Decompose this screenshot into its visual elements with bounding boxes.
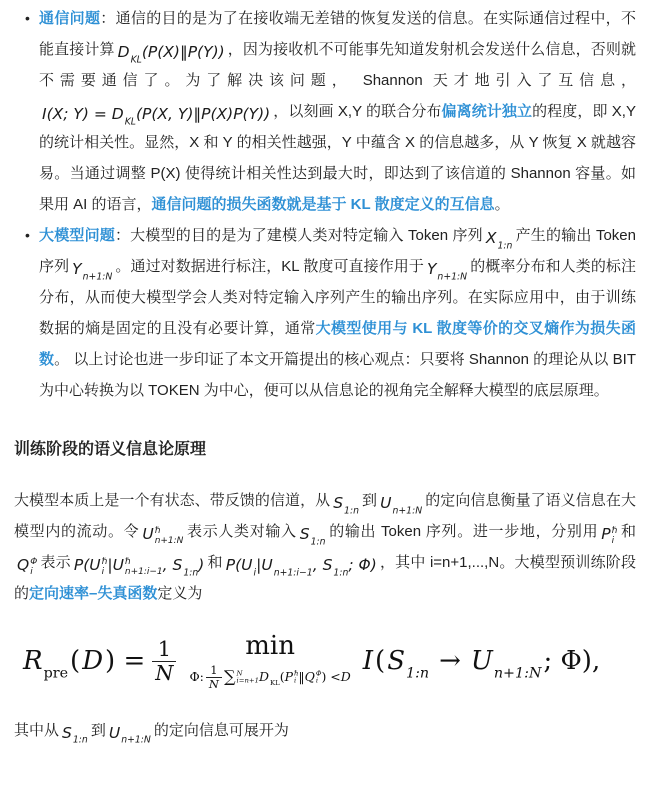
script-stack: ℏn+1:N xyxy=(155,526,184,546)
inline-math: Pℏi xyxy=(601,525,617,545)
math-token: (P(X, Y)‖P(X)P(Y)) xyxy=(136,106,270,124)
display-formula-rate-distortion: Rpre(D) =1NminΦ:1N∑Ni=n+1DKL(Pℏi‖QΦi) <D… xyxy=(22,633,650,691)
math-token: Un+1:N xyxy=(380,495,422,513)
inline-math: Un+1:N xyxy=(380,495,422,513)
inline-math: Yn+1:N xyxy=(72,261,112,279)
subscript: n+1:i−1 xyxy=(274,568,313,577)
subscript: KL xyxy=(125,117,136,126)
math-token: ) = xyxy=(105,647,145,677)
bullet-marker: • xyxy=(25,220,39,251)
text-run: 到 xyxy=(91,722,106,739)
subscript: 1:n xyxy=(73,736,88,745)
text-run: 到 xyxy=(362,492,377,509)
math-token: P(Ui xyxy=(226,557,256,575)
script-stack: ℏi xyxy=(102,557,108,577)
math-token: QΦi xyxy=(305,670,322,685)
text-run: 和 xyxy=(620,523,636,540)
math-token: , S1:n xyxy=(313,557,349,575)
math-token: Pℏi xyxy=(285,670,299,685)
math-token: ) xyxy=(198,557,204,575)
script-stack: Φi xyxy=(316,670,322,685)
text-run: 定义为 xyxy=(157,585,202,602)
text-run: ，以刻画 X,Y 的联合分布 xyxy=(273,103,441,120)
math-token: Uℏn+1:N xyxy=(142,525,183,545)
subscript: 1:n xyxy=(497,241,512,250)
math-token: QΦi xyxy=(17,556,37,576)
bullet-marker: • xyxy=(25,3,39,34)
inline-math: S1:n xyxy=(62,725,88,743)
constraint: Φ:1N∑Ni=n+1DKL(Pℏi‖QΦi) <D xyxy=(189,664,350,691)
subscript: n+1:N xyxy=(83,272,113,281)
math-token: Un+1:N xyxy=(109,725,151,743)
highlighted-text: 通信问题 xyxy=(39,10,100,27)
min-operator: min xyxy=(245,633,295,659)
highlighted-text: 通信问题的损失函数就是基于 KL 散度定义的互信息 xyxy=(152,196,495,213)
script-stack: Φi xyxy=(30,557,37,577)
fraction: 1N xyxy=(206,664,222,691)
script-stack: ℏi xyxy=(294,670,298,685)
math-token: minΦ:1N∑Ni=n+1DKL(Pℏi‖QΦi) <D xyxy=(183,633,360,691)
math-token: Φ: xyxy=(189,670,203,684)
math-token: D xyxy=(341,670,351,684)
subscript: 1:n xyxy=(183,568,198,577)
inline-math: P(Uℏi|Uℏn+1:i−1, S1:n) xyxy=(74,556,204,576)
bullet-text-communication: 通信问题：通信的目的是为了在接收端无差错的恢复发送的信息。在实际通信过程中，不能… xyxy=(39,3,636,220)
inline-math: S1:n xyxy=(300,526,326,544)
math-token: Yn+1:N xyxy=(72,261,112,279)
text-run: 表示 xyxy=(40,554,71,571)
math-token: I(X; Y) = DKL xyxy=(42,106,136,124)
section-heading: 训练阶段的语义信息论原理 xyxy=(14,436,636,459)
math-token: ) < xyxy=(321,670,340,684)
math-token: (P(X)‖P(Y)) xyxy=(142,44,225,62)
text-run: 。 以上讨论也进一步印证了本文开篇提出的核心观点：只要将 Shannon 的理论… xyxy=(39,351,636,399)
subscript: n+1:N xyxy=(121,736,151,745)
inline-math: I(X; Y) = DKL(P(X, Y)‖P(X)P(Y)) xyxy=(42,106,270,124)
subscript: n+1:N xyxy=(392,506,422,515)
math-token: ( xyxy=(70,647,80,677)
bullet-item-communication: • 通信问题：通信的目的是为了在接收端无差错的恢复发送的信息。在实际通信过程中，… xyxy=(25,3,636,220)
text-run: 的定向信息可展开为 xyxy=(154,722,289,739)
math-token: |Un+1:i−1 xyxy=(256,557,313,575)
math-token: , S1:n xyxy=(163,557,199,575)
paragraph-directed-info-expansion: 其中从S1:n到Un+1:N的定向信息可展开为 xyxy=(14,715,636,746)
subscript: 1:n xyxy=(333,568,348,577)
math-token: S1:n xyxy=(62,725,88,743)
math-token: S1:n xyxy=(300,526,326,544)
math-token: ( xyxy=(375,647,385,677)
math-token: |Uℏn+1:i−1 xyxy=(107,556,162,576)
subscript: KL xyxy=(131,55,142,64)
math-token: D xyxy=(82,647,103,677)
bullet-text-llm: 大模型问题：大模型的目的是为了建模人类对特定输入 Token 序列X1:n产生的… xyxy=(39,220,636,406)
inline-math: X1:n xyxy=(486,230,513,248)
inline-math: S1:n xyxy=(333,495,359,513)
highlighted-text: 偏离统计独立 xyxy=(442,103,533,120)
script-stack: ℏn+1:i−1 xyxy=(125,557,163,577)
math-token: ; Φ), xyxy=(543,647,600,677)
text-run: 。通过对数据进行标注，KL 散度可直接作用于 xyxy=(115,258,424,275)
text-run: 。 xyxy=(495,196,510,213)
math-token: S1:n xyxy=(387,647,429,677)
bullet-item-llm: • 大模型问题：大模型的目的是为了建模人类对特定输入 Token 序列X1:n产… xyxy=(25,220,636,406)
text-run: ：大模型的目的是为了建模人类对特定输入 Token 序列 xyxy=(115,227,483,244)
math-token: 1N xyxy=(204,664,224,691)
inline-math: P(Ui|Un+1:i−1, S1:n; Φ) xyxy=(226,557,377,575)
subscript: 1:n xyxy=(406,666,429,680)
text-run: 的输出 Token 序列。进一步地，分别用 xyxy=(329,523,599,540)
inline-math: Un+1:N xyxy=(109,725,151,743)
math-token: I xyxy=(363,647,373,677)
math-token: ; Φ) xyxy=(348,557,376,575)
math-token: Rpre xyxy=(23,647,68,677)
math-token: 1N xyxy=(147,638,181,686)
inline-math: DKL(P(X)‖P(Y)) xyxy=(118,44,225,62)
subscript: n+1:N xyxy=(437,272,467,281)
math-token: ∑Ni=n+1 xyxy=(224,668,259,687)
subscript: 1:n xyxy=(311,537,326,546)
math-token: → xyxy=(431,647,469,677)
subscript: 1:n xyxy=(344,506,359,515)
text-run: 表示人类对输入 xyxy=(186,523,296,540)
script-stack: ℏi xyxy=(612,526,618,546)
inline-math: Yn+1:N xyxy=(427,261,467,279)
math-token: X1:n xyxy=(486,230,513,248)
math-token: P(Uℏi xyxy=(74,556,107,576)
bullet-list: • 通信问题：通信的目的是为了在接收端无差错的恢复发送的信息。在实际通信过程中，… xyxy=(0,3,636,406)
text-run: 其中从 xyxy=(14,722,59,739)
paragraph-training-principle: 大模型本质上是一个有状态、带反馈的信道，从S1:n到Un+1:N的定向信息衡量了… xyxy=(14,485,636,609)
math-token: DKL xyxy=(259,670,280,684)
fraction: 1N xyxy=(152,638,176,686)
subscript: i xyxy=(254,568,257,577)
math-token: Yn+1:N xyxy=(427,261,467,279)
inline-math: QΦi xyxy=(17,556,37,576)
document-page: • 通信问题：通信的目的是为了在接收端无差错的恢复发送的信息。在实际通信过程中，… xyxy=(0,0,660,746)
script-stack: Ni=n+1 xyxy=(237,670,259,685)
text-run: 大模型本质上是一个有状态、带反馈的信道，从 xyxy=(14,492,330,509)
subscript: n+1:N xyxy=(494,666,542,680)
math-token: DKL xyxy=(118,44,142,62)
highlighted-text: 定向速率–失真函数 xyxy=(29,585,157,602)
text-run: 和 xyxy=(207,554,222,571)
subscript: pre xyxy=(44,666,68,680)
math-token: Un+1:N xyxy=(471,647,542,677)
math-token: Pℏi xyxy=(601,525,617,545)
min-with-constraint: minΦ:1N∑Ni=n+1DKL(Pℏi‖QΦi) <D xyxy=(189,633,350,691)
inline-math: Uℏn+1:N xyxy=(142,525,183,545)
math-token: S1:n xyxy=(333,495,359,513)
subscript: KL xyxy=(270,679,280,686)
highlighted-text: 大模型问题 xyxy=(39,227,115,244)
